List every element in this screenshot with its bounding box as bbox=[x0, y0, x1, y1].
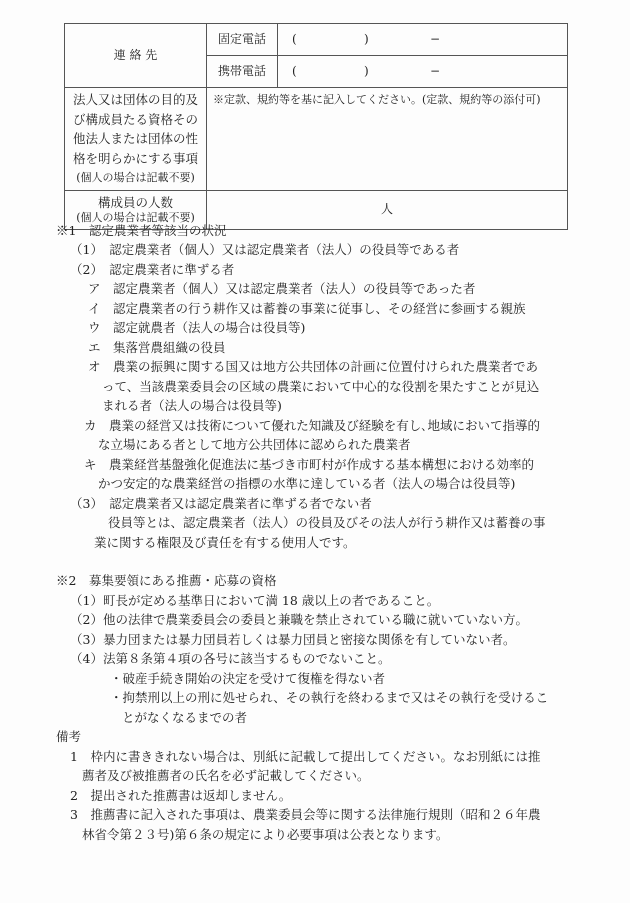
members-label: 構成員の人数 bbox=[65, 195, 206, 210]
note2-item: とがなくなるまでの者 bbox=[122, 710, 247, 726]
purpose-label-cell: 法人又は団体の目的及 び構成員たる資格その 他法人または団体の性 格を明らかにす… bbox=[65, 88, 207, 191]
form-table: 連 絡 先 固定電話 ( ) − 携帯電話 ( ) − 法人又は団体の目的及 び… bbox=[64, 23, 568, 230]
contact-label: 連 絡 先 bbox=[65, 24, 207, 88]
purpose-label-line: び構成員たる資格その bbox=[65, 110, 206, 130]
note1-item: （3） 認定農業者又は認定農業者に準ずる者でない者 bbox=[70, 496, 372, 512]
note2-item: ・破産手続き開始の決定を受けて復権を得ない者 bbox=[110, 671, 385, 687]
remarks-item: 2 提出された推薦書は返却しません。 bbox=[70, 788, 291, 804]
remarks-item: 1 枠内に書ききれない場合は、別紙に記載して提出してください。なお別紙には推 bbox=[70, 749, 540, 765]
mobile-dash: − bbox=[430, 64, 440, 79]
mobile-field[interactable]: ( ) − bbox=[278, 56, 568, 88]
landline-open-paren: ( bbox=[292, 32, 297, 47]
note2-item: （3）暴力団または暴力団員若しくは暴力団員と密接な関係を有していない者。 bbox=[70, 632, 515, 648]
note1-item: イ 認定農業者の行う耕作又は蓄養の事業に従事し、その経営に参画する親族 bbox=[88, 301, 526, 317]
purpose-label-line: 他法人または団体の性 bbox=[65, 129, 206, 149]
note2-item: （1）町長が定める基準日において満 18 歳以上の者であること。 bbox=[70, 593, 439, 609]
note2-item: （2）他の法律で農業委員会の委員と兼職を禁止されている職に就いていない方。 bbox=[70, 612, 528, 628]
mobile-close-paren: ) bbox=[364, 64, 369, 79]
mobile-open-paren: ( bbox=[292, 64, 297, 79]
note1-item: ウ 認定就農者（法人の場合は役員等) bbox=[88, 320, 305, 336]
landline-dash: − bbox=[430, 32, 440, 47]
mobile-label: 携帯電話 bbox=[207, 56, 278, 88]
purpose-label-line: 法人又は団体の目的及 bbox=[65, 90, 206, 110]
note1-item: な立場にある者として地方公共団体に認められた農業者 bbox=[98, 437, 411, 453]
note2-item: （4）法第８条第４項の各号に該当するものでないこと。 bbox=[70, 651, 390, 667]
remarks-item: 薦者及び被推薦者の氏名を必ず記載してください。 bbox=[82, 768, 370, 784]
landline-close-paren: ) bbox=[364, 32, 369, 47]
landline-label: 固定電話 bbox=[207, 24, 278, 56]
purpose-label-line: 格を明らかにする事項 bbox=[65, 149, 206, 169]
note1-item: まれる者（法人の場合は役員等) bbox=[102, 398, 282, 414]
note2-title: ※2 募集要領にある推薦・応募の資格 bbox=[56, 573, 276, 589]
remarks-item: 3 推薦書に記入された事項は、農業委員会等に関する法律施行規則（昭和２６年農 bbox=[70, 807, 540, 823]
note1-item: 業に関する権限及び責任を有する使用人です。 bbox=[94, 535, 356, 551]
note1-item: カ 農業の経営又は技術について優れた知識及び経験を有し､地域において指導的 bbox=[84, 418, 540, 434]
note1-item: ア 認定農業者（個人）又は認定農業者（法人）の役員等であった者 bbox=[88, 281, 475, 297]
remarks-item: 林省令第２３号)第６条の規定により必要事項は公表となります。 bbox=[82, 827, 448, 843]
landline-field[interactable]: ( ) − bbox=[278, 24, 568, 56]
note1-title: ※1 認定農業者等該当の状況 bbox=[56, 223, 226, 239]
remarks-title: 備考 bbox=[56, 729, 81, 745]
purpose-instruction: ※定款、規約等を基に記入してください。(定款、規約等の添付可) bbox=[207, 88, 567, 107]
note1-item: って、当該農業委員会の区域の農業において中心的な役割を果たすことが見込 bbox=[102, 379, 539, 395]
note1-item: オ 農業の振興に関する国又は地方公共団体の計画に位置付けられた農業者であ bbox=[88, 359, 538, 375]
note1-item: （1） 認定農業者（個人）又は認定農業者（法人）の役員等である者 bbox=[70, 242, 459, 258]
purpose-field[interactable]: ※定款、規約等を基に記入してください。(定款、規約等の添付可) bbox=[207, 88, 568, 191]
purpose-label-note: (個人の場合は記載不要) bbox=[65, 168, 206, 188]
members-field[interactable]: 人 bbox=[207, 190, 568, 229]
note1-item: エ 集落営農組織の役員 bbox=[88, 340, 226, 356]
note1-item: 役員等とは、認定農業者（法人）の役員及びその法人が行う耕作又は蓄養の事 bbox=[108, 515, 546, 531]
note2-item: ・拘禁刑以上の刑に処せられ、その執行を終わるまで又はその執行を受けるこ bbox=[110, 690, 548, 706]
note1-item: かつ安定的な農業経営の指標の水準に達している者（法人の場合は役員等) bbox=[98, 476, 515, 492]
note1-item: （2） 認定農業者に準ずる者 bbox=[70, 262, 234, 278]
members-unit: 人 bbox=[381, 202, 393, 216]
note1-item: キ 農業経営基盤強化促進法に基づき市町村が作成する基本構想における効率的 bbox=[84, 457, 534, 473]
